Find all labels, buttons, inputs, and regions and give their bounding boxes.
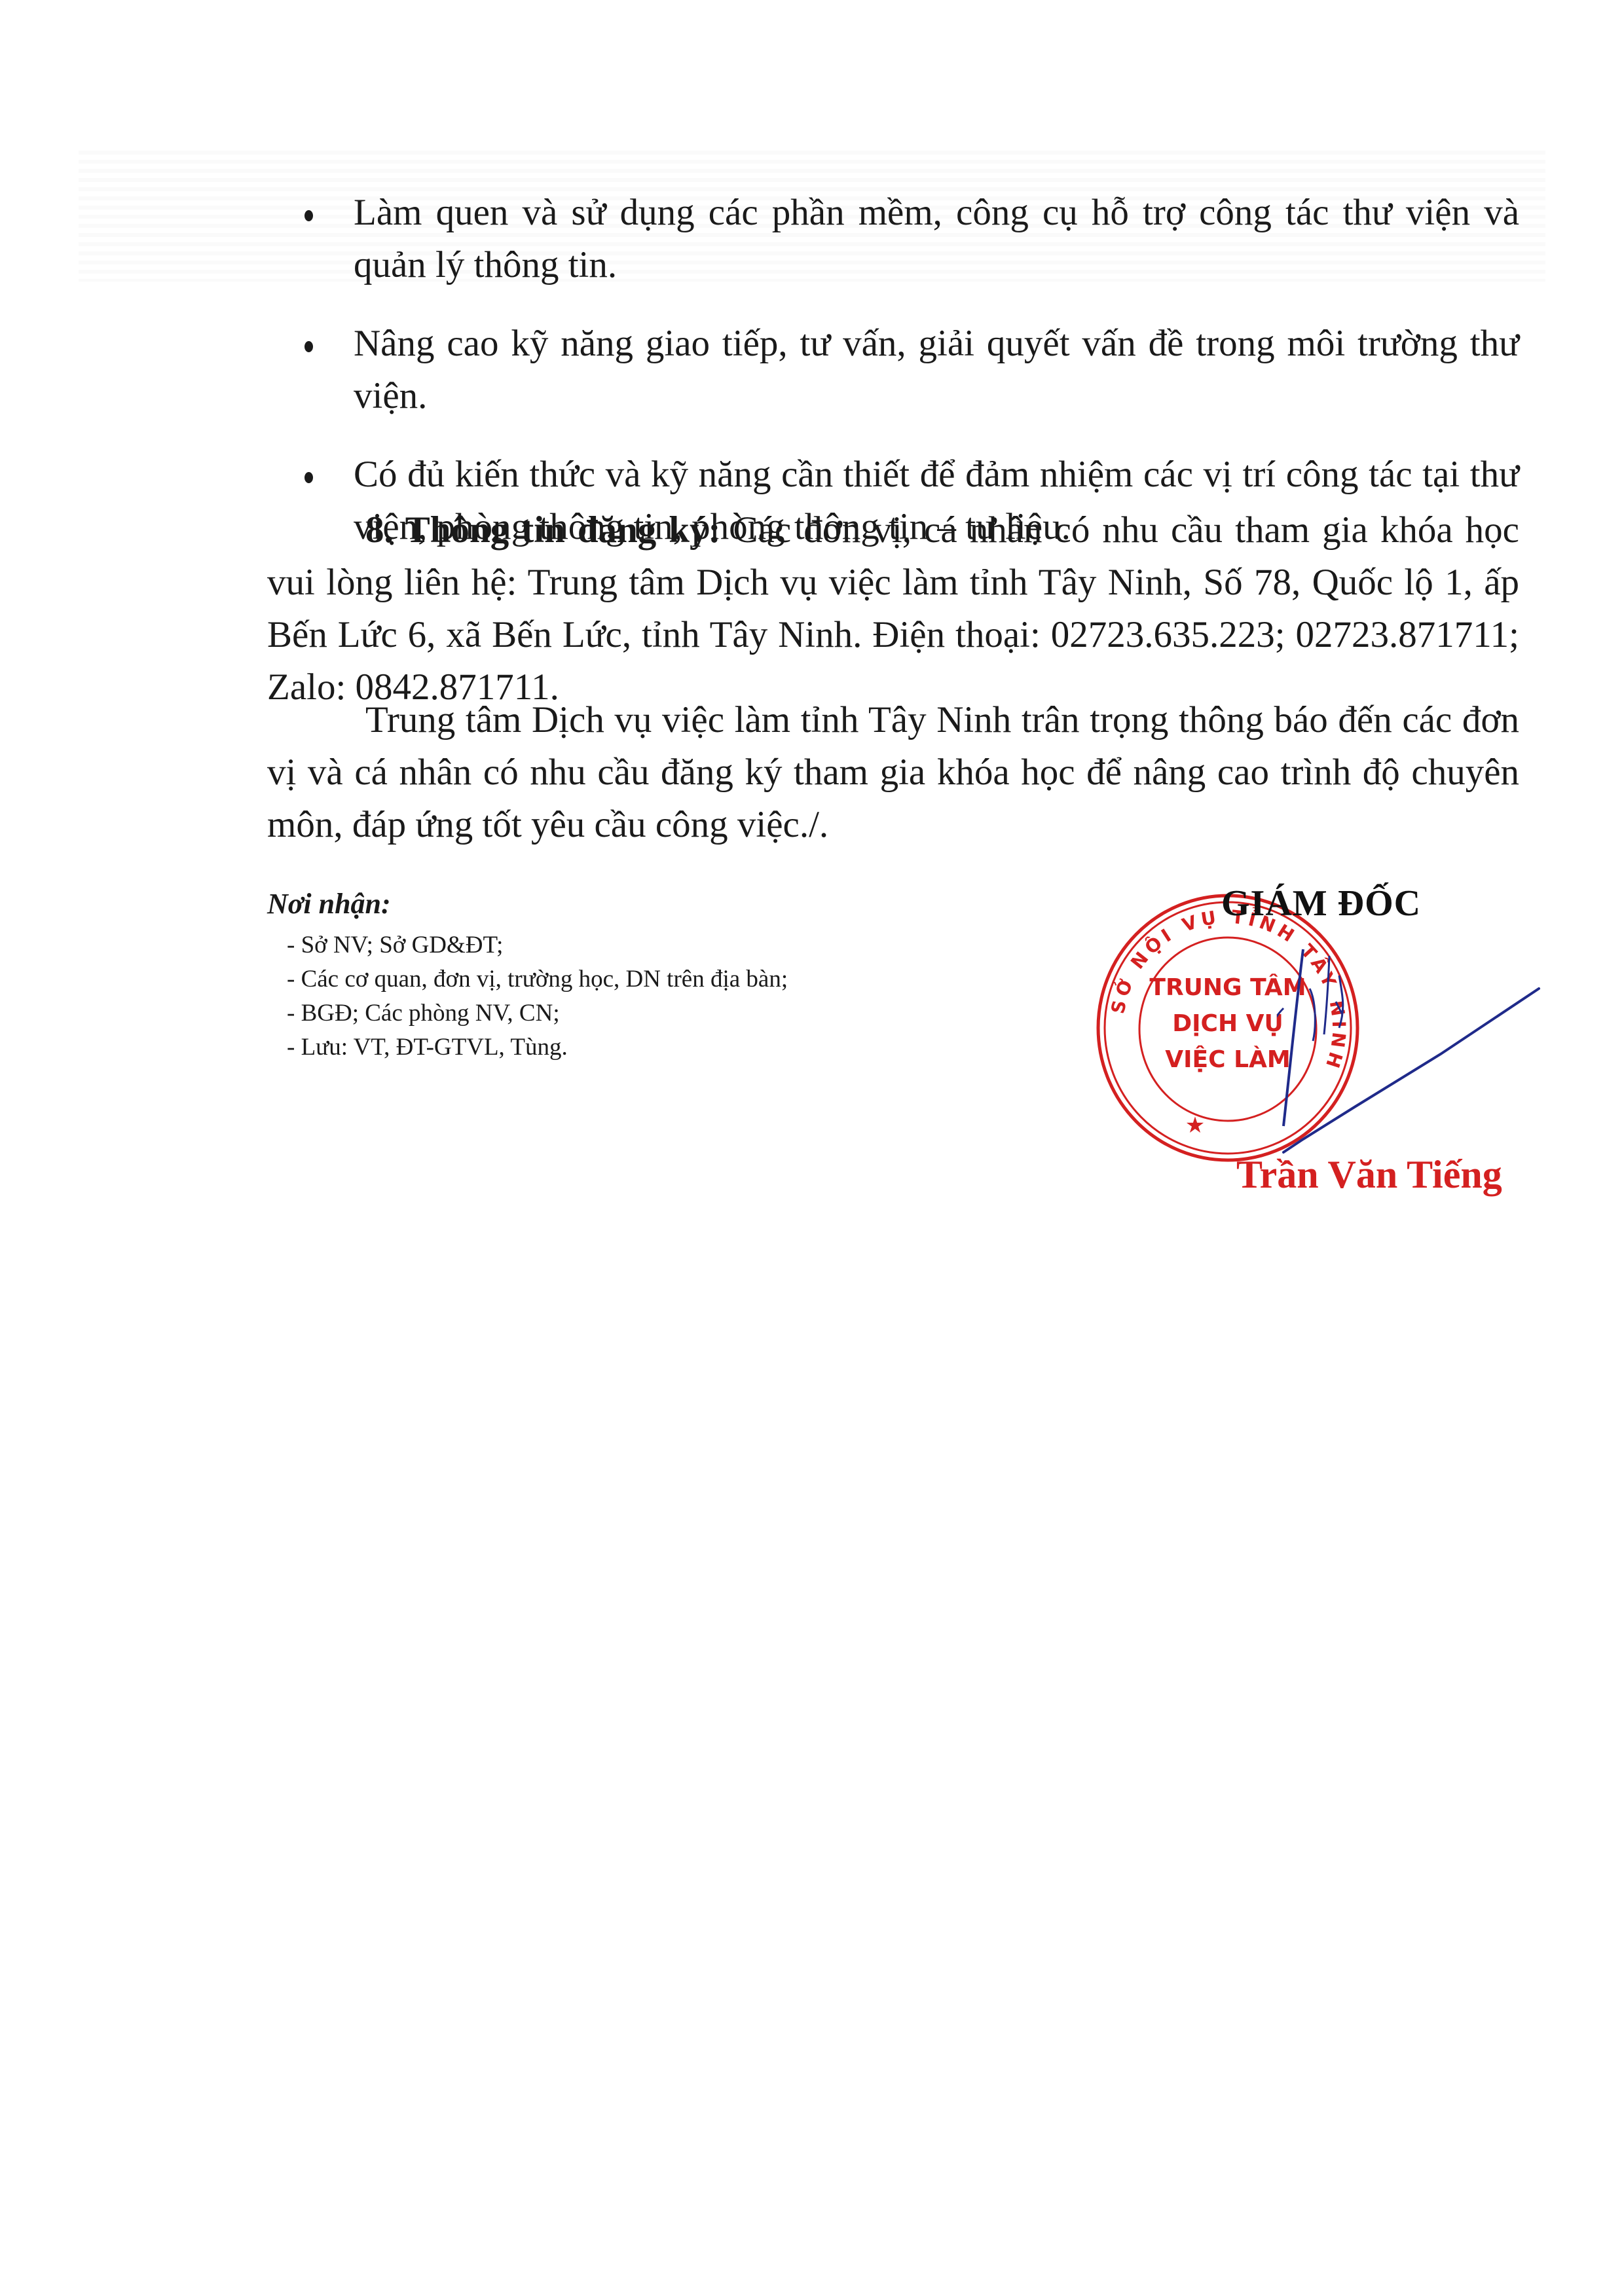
closing-text: Trung tâm Dịch vụ việc làm tỉnh Tây Ninh…: [267, 699, 1519, 845]
list-item: Làm quen và sử dụng các phần mềm, công c…: [354, 187, 1519, 291]
recipient-item: - Các cơ quan, đơn vị, trường học, DN tr…: [267, 962, 788, 996]
handwritten-signature-icon: [1277, 936, 1552, 1185]
list-item: Nâng cao kỹ năng giao tiếp, tư vấn, giải…: [354, 318, 1519, 422]
bullet-icon: [304, 472, 313, 483]
recipient-item: - Lưu: VT, ĐT-GTVL, Tùng.: [267, 1030, 788, 1065]
recipient-item: - Sở NV; Sở GD&ĐT;: [267, 928, 788, 962]
stamp-line: VIỆC LÀM: [1165, 1045, 1290, 1073]
registration-info-paragraph: 8. Thông tin đăng ký: Các đơn vị, cá nhâ…: [267, 504, 1519, 714]
star-icon: ★: [1185, 1114, 1205, 1138]
bullet-icon: [304, 210, 313, 221]
recipient-item: - BGĐ; Các phòng NV, CN;: [267, 996, 788, 1030]
bullet-text: Làm quen và sử dụng các phần mềm, công c…: [354, 192, 1519, 285]
signer-title: GIÁM ĐỐC: [1221, 883, 1421, 924]
recipients-title: Nơi nhận:: [267, 887, 788, 920]
closing-paragraph: Trung tâm Dịch vụ việc làm tỉnh Tây Ninh…: [267, 694, 1519, 851]
section-heading: 8. Thông tin đăng ký:: [365, 509, 720, 551]
recipients-block: Nơi nhận: - Sở NV; Sở GD&ĐT; - Các cơ qu…: [267, 887, 788, 1065]
bullet-icon: [304, 341, 313, 352]
signer-name: Trần Văn Tiếng: [1236, 1152, 1502, 1197]
stamp-line: DỊCH VỤ: [1172, 1010, 1283, 1037]
bullet-text: Nâng cao kỹ năng giao tiếp, tư vấn, giải…: [354, 323, 1519, 416]
